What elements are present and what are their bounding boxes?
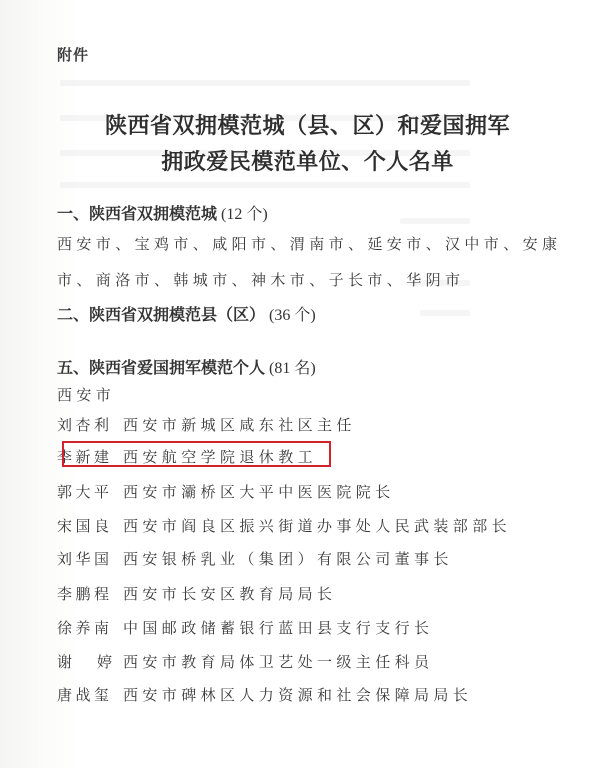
person-name: 郭大平 bbox=[57, 481, 117, 502]
person-name: 谢婷 bbox=[57, 651, 117, 672]
cities-list-line1: 西安市、宝鸡市、咸阳市、渭南市、延安市、汉中市、安康 bbox=[57, 233, 561, 254]
person-name: 刘杏利 bbox=[57, 414, 117, 435]
person-role: 西安市阎良区振兴街道办事处人民武装部部长 bbox=[123, 515, 511, 536]
document-title-line2: 拥政爱民模范单位、个人名单 bbox=[0, 145, 615, 176]
section-count: (36 个) bbox=[269, 307, 316, 324]
list-item: 谢婷 西安市教育局体卫艺处一级主任科员 bbox=[57, 651, 433, 672]
person-name: 徐养南 bbox=[57, 617, 117, 638]
bleed-through-line bbox=[60, 80, 470, 86]
bleed-through-line bbox=[60, 182, 470, 188]
section-count: (81 名) bbox=[269, 360, 316, 377]
person-role: 西安市教育局体卫艺处一级主任科员 bbox=[123, 651, 433, 672]
section-heading-model-counties: 二、陕西省双拥模范县（区）(36 个) bbox=[57, 302, 316, 325]
person-role: 中国邮政储蓄银行蓝田县支行支行长 bbox=[123, 617, 433, 638]
section-heading-text: 五、陕西省爱国拥军模范个人 bbox=[57, 358, 265, 377]
list-item: 郭大平 西安市灞桥区大平中医医院院长 bbox=[57, 481, 395, 502]
person-name: 唐战玺 bbox=[57, 684, 117, 705]
attachment-label: 附件 bbox=[57, 44, 89, 65]
person-role: 西安市碑林区人力资源和社会保障局局长 bbox=[123, 684, 472, 705]
list-item: 徐养南 中国邮政储蓄银行蓝田县支行支行长 bbox=[57, 617, 433, 638]
person-name: 李鹏程 bbox=[57, 583, 117, 604]
bleed-through-line bbox=[400, 218, 470, 224]
person-role: 西安银桥乳业（集团）有限公司董事长 bbox=[123, 548, 453, 569]
person-role: 西安市灞桥区大平中医医院院长 bbox=[123, 481, 395, 502]
list-item: 刘杏利 西安市新城区咸东社区主任 bbox=[57, 414, 356, 435]
person-role: 西安市新城区咸东社区主任 bbox=[123, 414, 356, 435]
list-item: 李鹏程 西安市长安区教育局局长 bbox=[57, 583, 336, 604]
document-title-line1: 陕西省双拥模范城（县、区）和爱国拥军 bbox=[0, 109, 615, 140]
document-page: 附件 陕西省双拥模范城（县、区）和爱国拥军 拥政爱民模范单位、个人名单 一、陕西… bbox=[0, 0, 615, 768]
list-item: 刘华国 西安银桥乳业（集团）有限公司董事长 bbox=[57, 548, 453, 569]
highlight-box bbox=[62, 441, 331, 467]
list-item: 宋国良 西安市阎良区振兴街道办事处人民武装部部长 bbox=[57, 515, 511, 536]
section-count: (12 个) bbox=[221, 206, 268, 223]
region-label: 西安市 bbox=[57, 384, 115, 405]
section-heading-model-individuals: 五、陕西省爱国拥军模范个人(81 名) bbox=[57, 355, 316, 378]
section-heading-text: 二、陕西省双拥模范县（区） bbox=[57, 305, 265, 324]
list-item: 唐战玺 西安市碑林区人力资源和社会保障局局长 bbox=[57, 684, 472, 705]
person-name: 刘华国 bbox=[57, 548, 117, 569]
cities-list-line2: 市、商洛市、韩城市、神木市、子长市、华阴市 bbox=[57, 269, 464, 290]
person-role: 西安市长安区教育局局长 bbox=[123, 583, 336, 604]
person-name: 宋国良 bbox=[57, 515, 117, 536]
section-heading-text: 一、陕西省双拥模范城 bbox=[57, 204, 217, 223]
bleed-through-line bbox=[420, 310, 470, 316]
section-heading-model-cities: 一、陕西省双拥模范城(12 个) bbox=[57, 201, 268, 224]
